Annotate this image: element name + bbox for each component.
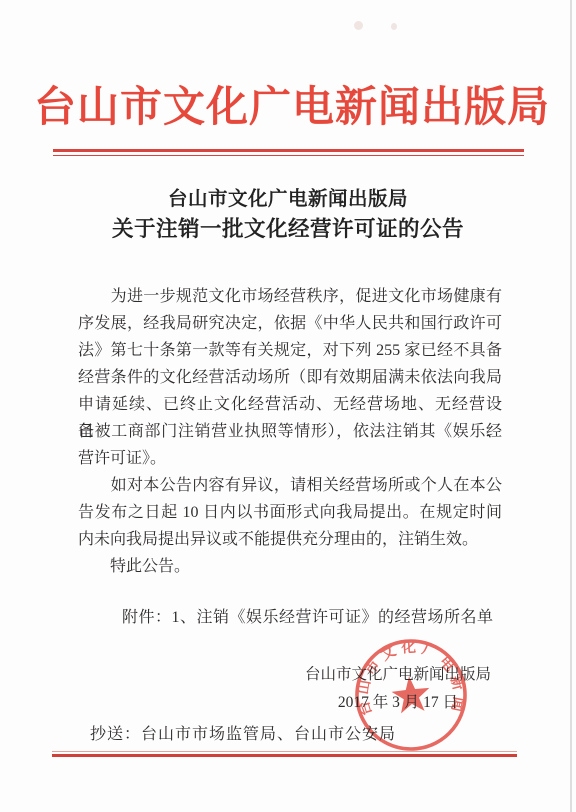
attachment-line: 附件：1、注销《娱乐经营许可证》的经营场所名单 xyxy=(122,604,494,627)
body-line: 营许可证》。 xyxy=(78,445,502,472)
body-line: 如对本公告内容有异议，请相关经营场所或个人在本公 xyxy=(78,472,502,499)
scan-artifact xyxy=(354,21,363,30)
body-line: 申请延续、已终止文化经营活动、无经营场地、无经营设备、 xyxy=(78,391,502,418)
cc-line: 抄送：台山市市场监管局、台山市公安局 xyxy=(90,721,396,744)
letterhead-org-name: 台山市文化广电新闻出版局 xyxy=(0,74,576,142)
body-line: 特此公告。 xyxy=(78,553,502,580)
body-line: 经营条件的文化经营活动场所（即有效期届满未依法向我局 xyxy=(78,364,502,391)
document-title-line1: 台山市文化广电新闻出版局 xyxy=(0,186,576,214)
bottom-rule-thick xyxy=(52,754,517,757)
bottom-rule-thin xyxy=(52,751,517,752)
document-title: 台山市文化广电新闻出版局 关于注销一批文化经营许可证的公告 xyxy=(0,186,576,245)
body-line: 已被工商部门注销营业执照等情形），依法注销其《娱乐经 xyxy=(78,418,502,445)
document-page: 台山市文化广电新闻出版局 台山市文化广电新闻出版局 关于注销一批文化经营许可证的… xyxy=(0,0,576,812)
scan-artifact xyxy=(391,23,397,30)
document-title-line2: 关于注销一批文化经营许可证的公告 xyxy=(0,214,576,245)
letterhead-rule-thin xyxy=(53,155,524,156)
body-line: 为进一步规范文化市场经营秩序，促进文化市场健康有 xyxy=(78,283,502,310)
body-line: 法》第七十条第一款等有关规定，对下列 255 家已经不具备 xyxy=(78,337,502,364)
body-line: 告发布之日起 10 日内以书面形式向我局提出。在规定时间 xyxy=(78,499,502,526)
body-text: 为进一步规范文化市场经营秩序，促进文化市场健康有序发展，经我局研究决定，依据《中… xyxy=(78,283,502,580)
body-line: 序发展，经我局研究决定，依据《中华人民共和国行政许可 xyxy=(78,310,502,337)
letterhead-rule-thick xyxy=(53,149,524,152)
body-line: 内未向我局提出异议或不能提供充分理由的，注销生效。 xyxy=(78,526,502,553)
signature-date: 2017 年 3 月 17 日 xyxy=(338,690,458,712)
signature-org: 台山市文化广电新闻出版局 xyxy=(305,662,491,684)
